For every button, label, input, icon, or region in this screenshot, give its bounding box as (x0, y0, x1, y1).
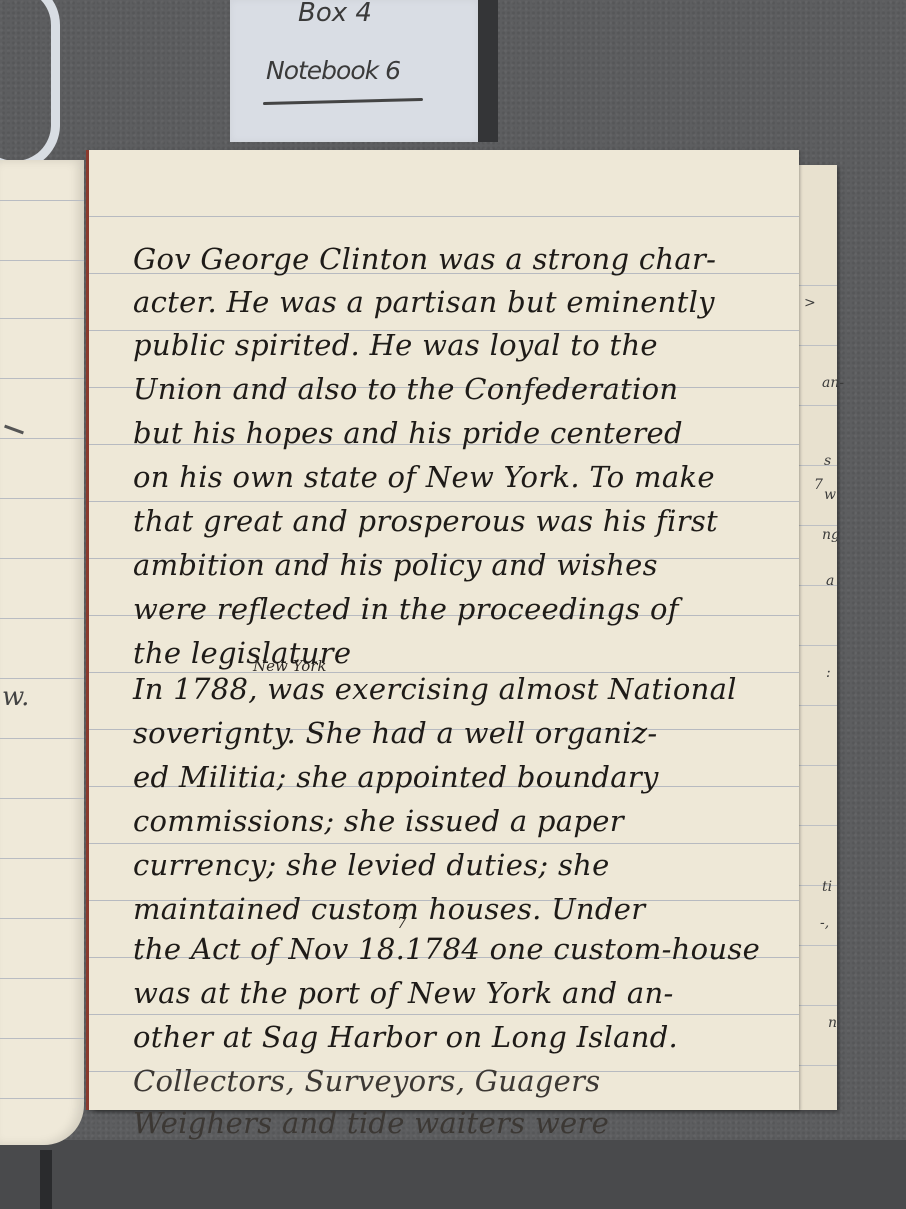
margin-fragment: ti (822, 879, 832, 895)
text-line: ed Militia; she appointed boundary (133, 760, 659, 794)
left-page-fragment: w. (2, 682, 29, 712)
text-line: public spirited. He was loyal to the (133, 328, 658, 362)
table-shadow (0, 1140, 906, 1209)
margin-fragment: s (824, 453, 831, 469)
bookmark-cord (0, 0, 60, 170)
archive-label-slip: Box 4 Notebook 6 (230, 0, 478, 142)
text-line: acter. He was a partisan but eminently (133, 285, 715, 319)
text-line: the Act of Nov 18.1784 one custom-house (133, 932, 760, 966)
text-line: Collectors, Surveyors, Guagers (133, 1064, 600, 1098)
text-line: currency; she levied duties; she (133, 848, 610, 882)
text-line: but his hopes and his pride centered (133, 416, 683, 450)
box-number: Box 4 (298, 0, 372, 28)
left-page: w. (0, 160, 84, 1145)
book-spine (40, 1150, 52, 1209)
margin-fragment: : (826, 665, 831, 681)
text-line: In 1788, was exercising almost National (133, 672, 737, 706)
inserted-text: 7 (397, 914, 407, 932)
text-line: maintained custom houses. Under (133, 892, 645, 926)
text-line: soverignty. She had a well organiz- (133, 716, 658, 750)
margin-fragment: an- (822, 375, 844, 391)
text-line: other at Sag Harbor on Long Island. (133, 1020, 678, 1054)
margin-fragment: ng (822, 527, 840, 543)
notebook-number: Notebook 6 (266, 56, 400, 85)
margin-fragment: w (824, 487, 836, 503)
pen-mark (4, 425, 24, 435)
margin-fragment: > (804, 295, 816, 311)
label-shadow (478, 0, 498, 142)
label-underline (263, 98, 423, 105)
text-line: on his own state of New York. To make (133, 460, 715, 494)
margin-fragment: -, (820, 915, 829, 931)
margin-fragment: a (826, 573, 834, 589)
text-line: commissions; she issued a paper (133, 804, 624, 838)
text-line: ambition and his policy and wishes (133, 548, 658, 582)
text-line: were reflected in the proceedings of (133, 592, 679, 626)
margin-fragment: n (828, 1015, 837, 1031)
notebook-page: Gov George Clinton was a strong char- ac… (86, 150, 799, 1110)
text-line: Union and also to the Confederation (133, 372, 678, 406)
text-line: Gov George Clinton was a strong char- (133, 242, 716, 276)
margin-fragment: 7 (814, 477, 823, 493)
text-line: was at the port of New York and an- (133, 976, 674, 1010)
text-line: that great and prosperous was his first (133, 504, 718, 538)
text-line: Weighers and tide waiters were (133, 1106, 609, 1140)
